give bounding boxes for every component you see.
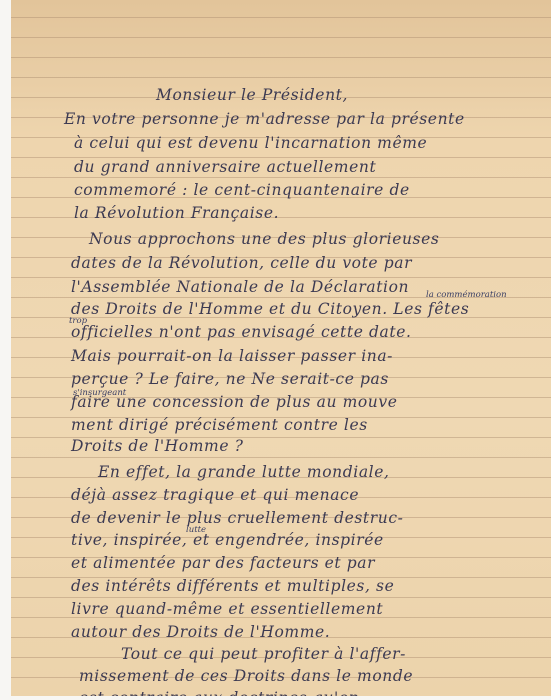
letter-line: En effet, la grande lutte mondiale, [98,463,390,481]
letter-line: ment dirigé précisément contre les [71,416,368,434]
letter-line: Droits de l'Homme ? [71,437,244,455]
letter-line: et alimentée par des facteurs et par [71,554,375,572]
letter-line: missement de ces Droits dans le monde [79,667,413,685]
scan-left-margin [0,0,11,700]
letter-line: de devenir le plus cruellement destruc- [71,509,403,527]
letter-line: du grand anniversaire actuellement [74,158,376,176]
letter-line: faire une concession de plus au mouve [71,393,398,411]
letter-line: autour des Droits de l'Homme. [71,623,330,641]
letter-line: à celui qui est devenu l'incarnation mêm… [74,134,427,152]
letter-line: En votre personne je m'adresse par la pr… [64,110,465,128]
letter-line: tive, inspirée, et engendrée, inspirée [71,531,384,549]
letter-line: Mais pourrait-on la laisser passer ina- [71,347,393,365]
letter-line: l'Assemblée Nationale de la Déclaration [71,278,409,296]
scan-bottom-margin [0,696,551,700]
letter-line: Nous approchons une des plus glorieuses [89,230,439,248]
letter-line: commemoré : le cent-cinquantenaire de [74,181,410,199]
letter-line: officielles n'ont pas envisagé cette dat… [71,323,412,341]
salutation: Monsieur le Président, [156,86,348,104]
letter-line: perçue ? Le faire, ne Ne serait-ce pas [71,370,389,388]
letter-line: des Droits de l'Homme et du Citoyen. Les… [71,300,469,318]
letter-line: livre quand-même et essentiellement [71,600,383,618]
letter-line: Tout ce qui peut profiter à l'affer- [121,645,406,663]
letter-line: des intérêts différents et multiples, se [71,577,394,595]
letter-line: dates de la Révolution, celle du vote pa… [71,254,412,272]
lined-paper-page: Monsieur le Président, En votre personne… [11,0,551,696]
letter-line: déjà assez tragique et qui menace [71,486,359,504]
letter-line: la Révolution Française. [74,204,279,222]
interlinear-annotation: la commémoration [426,290,507,300]
